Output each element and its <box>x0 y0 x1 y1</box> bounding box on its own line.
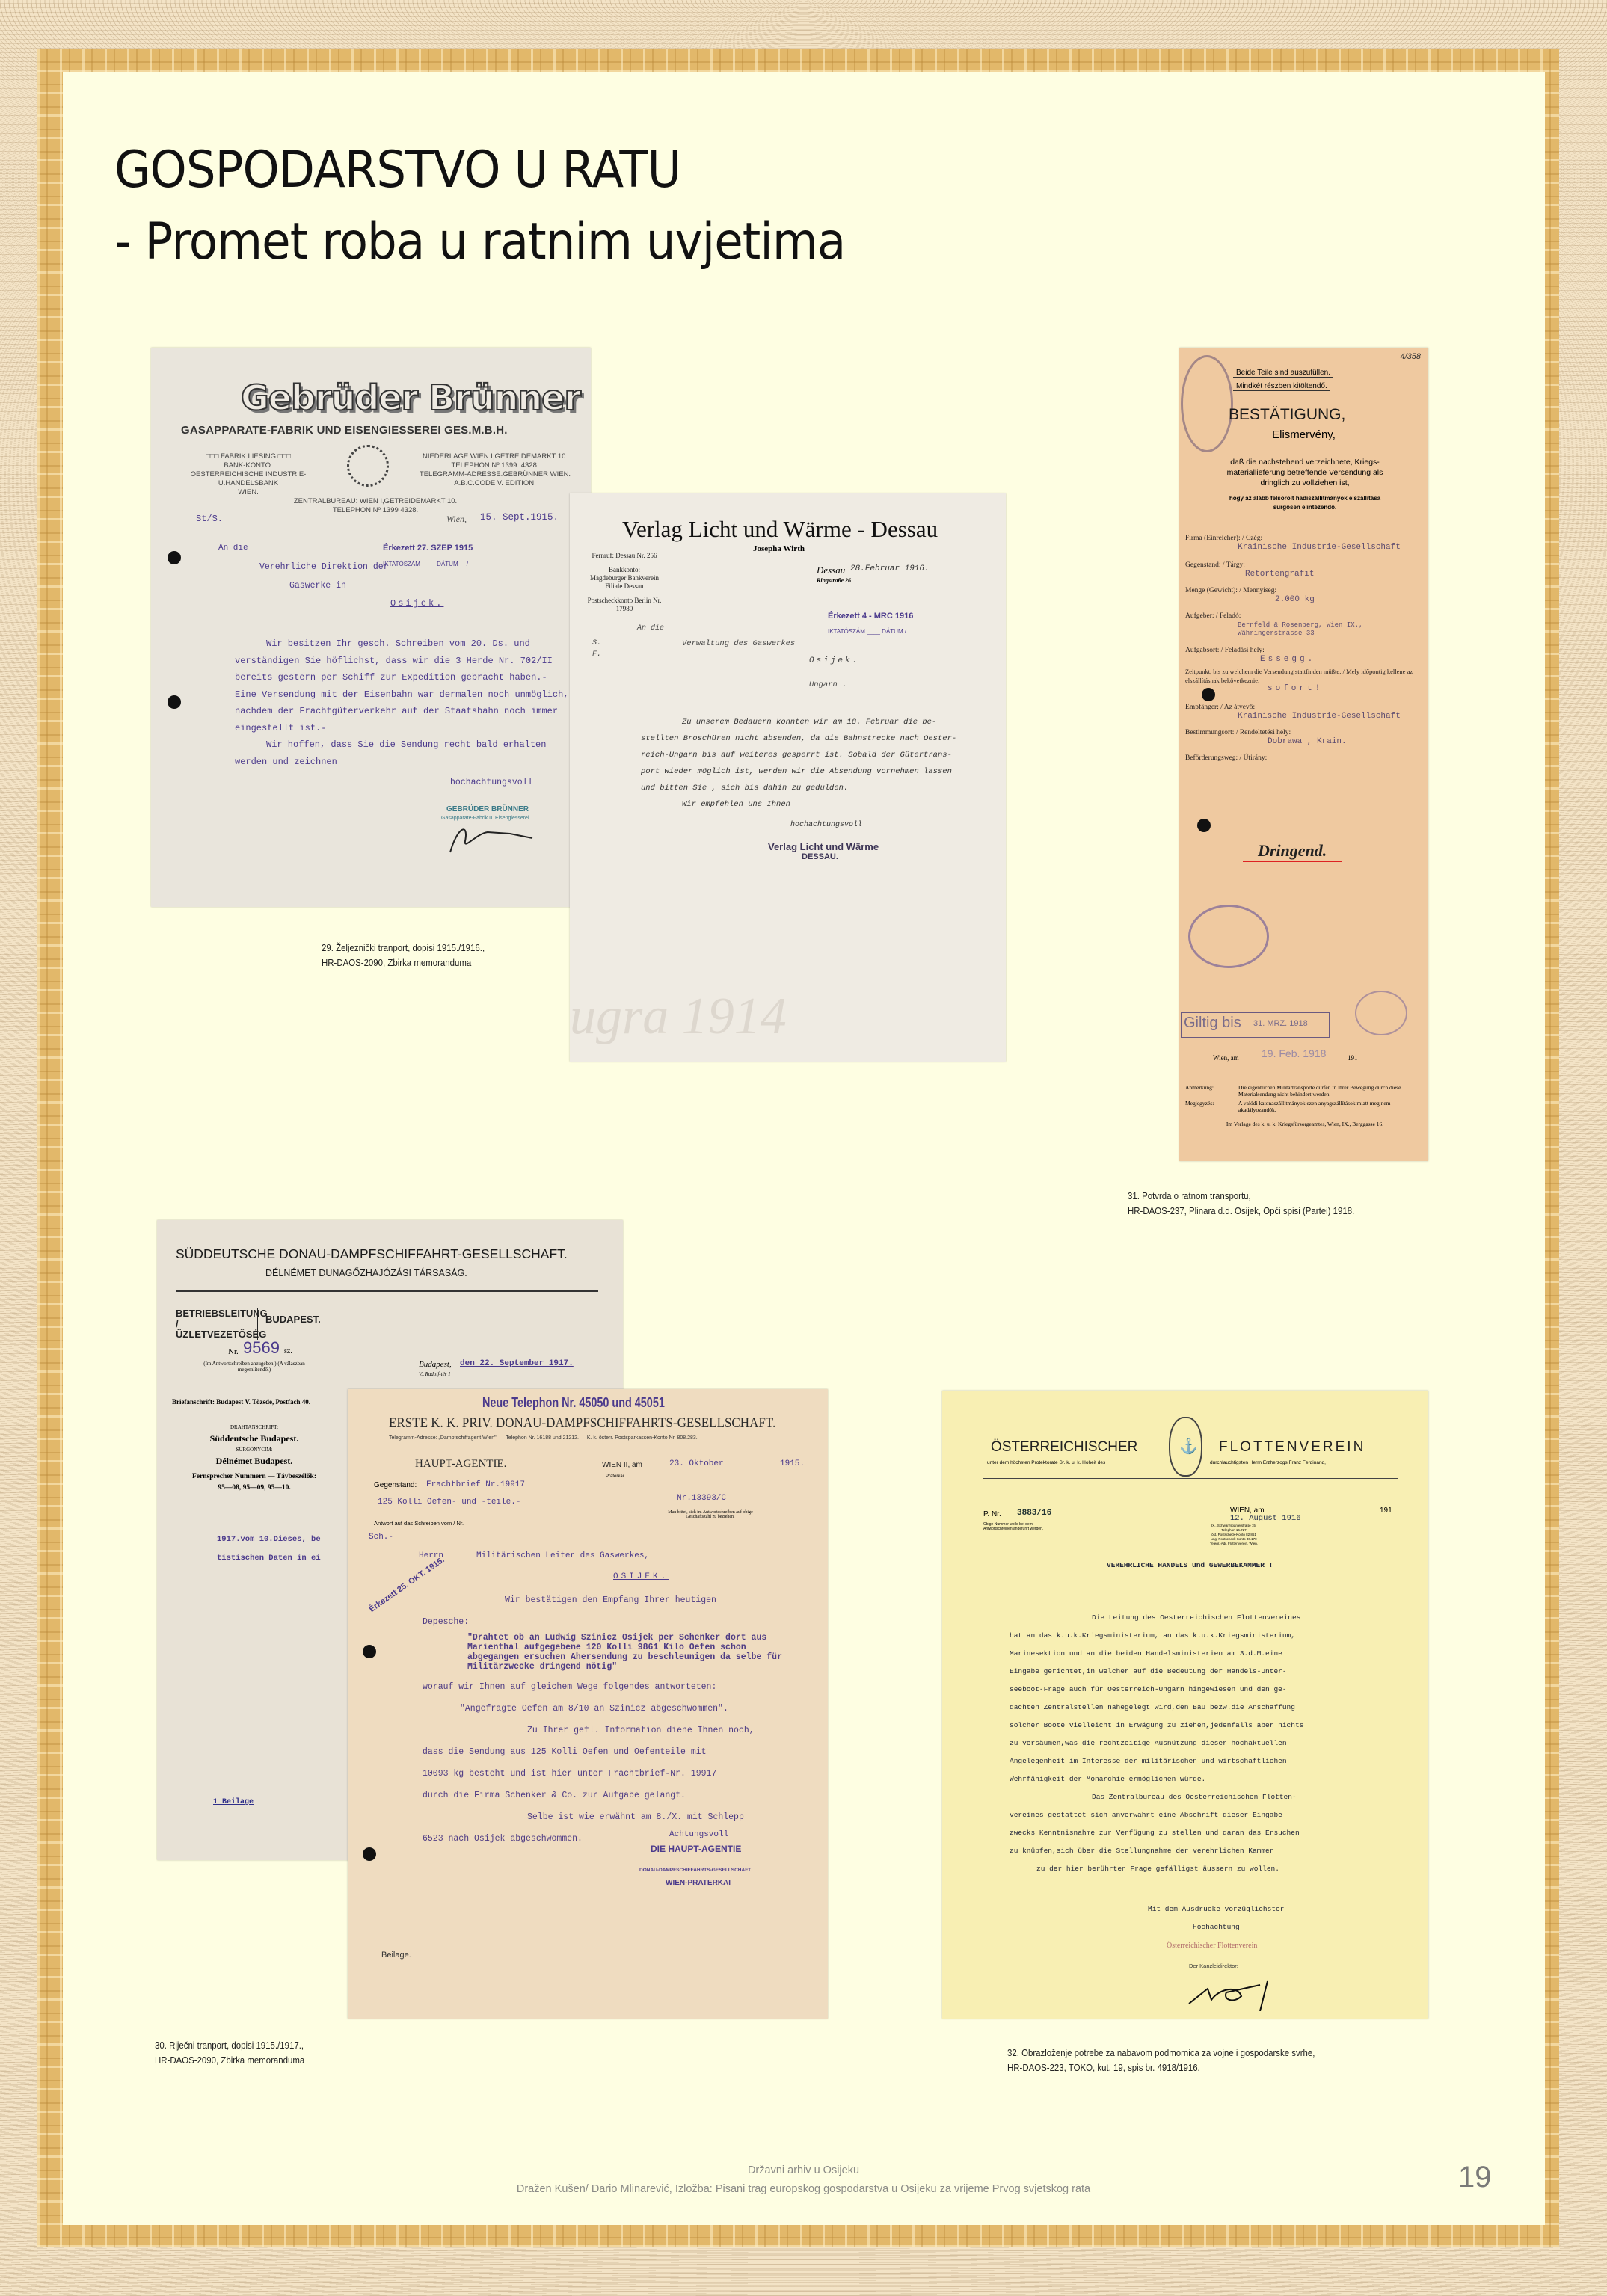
sueddeutsche-body-fragment: 1917.vom 10.Dieses, be tistischen Daten … <box>217 1530 321 1568</box>
ddsg-subject-label: Gegenstand: <box>374 1481 417 1489</box>
place-date-label: Wien, am <box>1213 1054 1239 1062</box>
verlag-brand: Verlag Licht und Wärme - Dessau <box>622 516 938 543</box>
ddsg-closing: Achtungsvoll <box>669 1830 728 1839</box>
ddsg-ref: Sch.- <box>369 1533 393 1542</box>
brunner-recipient: Verehrliche Direktion der <box>259 562 389 572</box>
bestaetigung-heading: BESTÄTIGUNG, <box>1229 406 1345 424</box>
verlag-body: Zu unserem Bedauern konnten wir am 18. F… <box>641 714 956 813</box>
verlag-received-stamp: Érkezett 4 - MRC 1916 <box>828 612 913 621</box>
central-office-seal-icon <box>1355 991 1407 1035</box>
brunner-brand: Gebrüder Brünner <box>241 378 580 418</box>
ddsg-nr-note: Man bittet, sich im Antwortschreiben auf… <box>666 1510 755 1519</box>
ddsg-dept: HAUPT-AGENTIE. <box>415 1458 506 1471</box>
bestaetigung-fields: Firma (Einreicher): / Czég:Krainische In… <box>1185 535 1425 780</box>
verlag-closing: hochachtungsvoll <box>790 821 862 829</box>
punch-hole-icon <box>168 551 181 564</box>
bestaetigung-intro-hu: hogy az alább felsorolt hadiszállítmányo… <box>1185 494 1425 512</box>
bestaetigung-heading2: Elismervény, <box>1179 428 1428 441</box>
verlag-ref-s: S. <box>592 639 601 647</box>
flottenverein-pnr-label: P. Nr. <box>983 1510 1001 1518</box>
ddsg-nr: Nr.13393/C <box>677 1494 726 1503</box>
ddsg-subject2: 125 Kolli Oefen- und -teile.- <box>378 1498 520 1506</box>
verlag-date: 28.Februar 1916. <box>850 564 930 573</box>
brunner-closing: hochachtungsvoll <box>450 778 532 787</box>
divider <box>983 1477 1398 1479</box>
place-date-value: 19. Feb. 1918 <box>1262 1047 1326 1059</box>
sueddeutsche-street: V., Rudolf-tér 1 <box>419 1371 451 1377</box>
sueddeutsche-date: den 22. September 1917. <box>460 1359 574 1368</box>
punch-hole-icon <box>1197 819 1211 832</box>
page-title: GOSPODARSTVO U RATU - Promet roba u ratn… <box>114 135 845 278</box>
document-ddsg-letter: Neue Telephon Nr. 45050 und 45051 ERSTE … <box>348 1389 828 2019</box>
ddsg-body: Wir bestätigen den Empfang Ihrer heutige… <box>423 1589 789 1850</box>
verlag-address: Ringstraße 26 <box>817 577 851 584</box>
brunner-body: Wir besitzen Ihr gesch. Schreiben vom 20… <box>235 635 568 770</box>
document-bestaetigung-form: 4/358 Beide Teile sind auszufüllen. Mind… <box>1179 348 1428 1161</box>
caption-30: 30. Riječni tranport, dopisi 1915./1917.… <box>155 2038 304 2068</box>
flottenverein-signatory: Der Kanzleidirektor: <box>1189 1963 1238 1969</box>
verlag-place: Dessau <box>817 564 845 576</box>
sueddeutsche-enclosure: 1 Beilage <box>213 1798 254 1806</box>
sueddeutsche-nr: 9569 <box>243 1338 280 1358</box>
brunner-recipient2: Gaswerke in <box>289 581 346 591</box>
ddsg-recipient: Militärischen Leiter des Gaswerkes, <box>476 1551 649 1560</box>
sueddeutsche-address: Briefanschrift: Budapest V. Tözsde, Post… <box>172 1398 310 1406</box>
ddsg-place: WIEN II, am <box>602 1461 642 1469</box>
flottenverein-anchor-emblem-icon: ⚓ <box>1169 1417 1202 1477</box>
brunner-signature-icon <box>443 819 540 856</box>
brunner-center-block: ZENTRALBUREAU: WIEN I,GETREIDEMARKT 10. … <box>278 497 473 515</box>
verlag-to: An die <box>637 624 664 633</box>
brunner-ref: St/S. <box>196 514 223 524</box>
document-verlag-letter: Verlag Licht und Wärme - Dessau Josepha … <box>570 493 1006 1062</box>
bestaetigung-urgent: Dringend. <box>1243 841 1342 862</box>
war-ministry-seal-icon <box>1188 905 1269 968</box>
brunner-left-block: □□□ FABRIK LIESING.□□□ BANK-KONTO: OESTE… <box>166 452 331 497</box>
verlag-country: Ungarn . <box>809 680 846 689</box>
caption-32: 32. Obrazloženje potrebe za nabavom podm… <box>1007 2046 1315 2075</box>
ddsg-enclosure: Beilage. <box>381 1951 411 1960</box>
caption-29: 29. Željeznički tranport, dopisi 1915./1… <box>322 941 485 970</box>
bestaetigung-intro: daß die nachstehend verzeichnete, Kriegs… <box>1185 457 1425 488</box>
ddsg-contact: Telegramm-Adresse: „Dampfschiffagent Wie… <box>389 1435 698 1441</box>
sueddeutsche-head: SÜDDEUTSCHE DONAU-DAMPFSCHIFFAHRT-GESELL… <box>176 1246 568 1262</box>
brunner-received-stamp2: IKTATÓSZÁM ____ DÁTUM __/__ <box>383 561 475 567</box>
flottenverein-body: Die Leitung des Oesterreichischen Flotte… <box>1010 1609 1303 1878</box>
verlag-signature-stamp2: DESSAU. <box>802 852 838 861</box>
ddsg-city: OSIJEK. <box>613 1572 669 1581</box>
page-number: 19 <box>1458 2161 1492 2194</box>
flottenverein-date: 12. August 1916 <box>1230 1514 1301 1523</box>
verlag-left-block: Fernruf: Dessau Nr. 256 Bankkonto: Magde… <box>583 552 666 613</box>
flottenverein-pnr-note: Obige Nummer wolle bei dem Antwortschrei… <box>983 1522 1058 1531</box>
flottenverein-head-right: FLOTTENVEREIN <box>1219 1439 1365 1456</box>
ddsg-phone-stamp: Neue Telephon Nr. 45050 und 45051 <box>482 1395 665 1411</box>
flottenverein-year-prefix: 191 <box>1380 1506 1392 1515</box>
sueddeutsche-nr-note: (Im Antwortschreiben anzugeben.) (A vála… <box>202 1361 307 1373</box>
caption-31: 31. Potvrda o ratnom transportu, HR-DAOS… <box>1128 1189 1354 1219</box>
sueddeutsche-dept: BETRIEBSLEITUNG / ÜZLETVEZETŐSÉG <box>176 1308 258 1340</box>
flottenverein-sub-right: durchlauchtigsten Herrn Erzherzogs Franz… <box>1210 1460 1326 1465</box>
ddsg-year: 1915. <box>780 1459 805 1468</box>
flottenverein-salutation: VEREHRLICHE HANDELS und GEWERBEKAMMER ! <box>1107 1561 1273 1569</box>
ddsg-head: ERSTE K. K. PRIV. DONAU-DAMPFSCHIFFAHRTS… <box>389 1416 775 1432</box>
ddsg-signature-stamp: DIE HAUPT-AGENTIE <box>651 1844 741 1854</box>
verlag-city: Osijek. <box>809 656 859 665</box>
verlag-signature-stamp: Verlag Licht und Wärme <box>768 841 879 852</box>
bestaetigung-ref: 4/358 <box>1400 352 1421 361</box>
ddsg-reply-label: Antwort auf das Schreiben vom / Nr. <box>374 1520 464 1527</box>
flottenverein-address: IX., Schwarzspanierstraße 15. Telephon 1… <box>1196 1524 1271 1546</box>
valid-until-stamp: Giltig bis 31. MRZ. 1918 <box>1181 1012 1330 1038</box>
divider <box>176 1290 598 1292</box>
page-title-line2: - Promet roba u ratnim uvjetima <box>114 206 845 278</box>
flottenverein-closing2: Hochachtung <box>1193 1923 1240 1931</box>
brunner-received-stamp: Érkezett 27. SZEP 1915 <box>383 544 473 553</box>
verlag-recipient: Verwaltung des Gaswerkes <box>682 639 795 648</box>
sueddeutsche-place: Budapest, <box>419 1360 452 1369</box>
punch-hole-icon <box>1202 688 1215 701</box>
punch-hole-icon <box>168 695 181 709</box>
punch-hole-icon <box>363 1645 376 1658</box>
punch-hole-icon <box>363 1847 376 1861</box>
ddsg-signature-stamp3: WIEN-PRATERKAI <box>666 1879 731 1887</box>
flottenverein-closing: Mit dem Ausdrucke vorzüglichster <box>1148 1905 1284 1913</box>
sueddeutsche-nr-label: Nr. <box>228 1347 239 1356</box>
valid-until-date: 31. MRZ. 1918 <box>1253 1019 1308 1028</box>
ddsg-date: 23. Oktober <box>669 1459 724 1468</box>
brunner-to: An die <box>218 544 248 553</box>
verlag-owner: Josepha Wirth <box>753 544 805 553</box>
bestaetigung-note1: Beide Teile sind auszufüllen. <box>1233 369 1333 378</box>
brunner-signature-stamp: GEBRÜDER BRÜNNER <box>446 805 529 813</box>
bestaetigung-notes: Anmerkung:Die eigentlichen Militärtransp… <box>1185 1084 1425 1127</box>
sueddeutsche-city: BUDAPEST. <box>265 1314 321 1325</box>
brunner-place: Wien, <box>446 514 467 525</box>
brunner-right-block: NIEDERLAGE WIEN I,GETREIDEMARKT 10. TELE… <box>405 452 585 488</box>
footer-institution: Državni arhiv u Osijeku <box>0 2164 1607 2176</box>
ddsg-street: Praterkai. <box>606 1474 625 1479</box>
brunner-city: Osijek. <box>390 598 443 609</box>
year-prefix: 191 <box>1348 1054 1358 1062</box>
flottenverein-pnr: 3883/16 <box>1017 1509 1051 1518</box>
verlag-watermark: ugra 1914 <box>570 987 787 1047</box>
brunner-subtitle: GASAPPARATE-FABRIK UND EISENGIESSEREI GE… <box>181 424 508 437</box>
document-brunner-letter: Gebrüder Brünner GASAPPARATE-FABRIK UND … <box>151 348 591 907</box>
sueddeutsche-nr-suffix: sz. <box>284 1347 292 1355</box>
flottenverein-sub-left: unter dem höchsten Protektorate Sr. k. u… <box>987 1460 1105 1465</box>
page-title-line1: GOSPODARSTVO U RATU <box>114 135 845 206</box>
valid-until-label: Giltig bis <box>1184 1015 1241 1032</box>
flottenverein-signature-icon <box>1185 1970 1282 2011</box>
ddsg-subject: Frachtbrief Nr.19917 <box>426 1480 525 1489</box>
footer-credit: Dražen Kušen/ Dario Mlinarević, Izložba:… <box>0 2183 1607 2195</box>
sueddeutsche-contacts: DRAHTANSCHRIFT: Süddeutsche Budapest. SÜ… <box>172 1422 337 1494</box>
ddsg-signature-stamp2: DONAU-DAMPFSCHIFFAHRTS-GESELLSCHAFT <box>639 1868 751 1873</box>
flottenverein-head-left: ÖSTERREICHISCHER <box>991 1439 1137 1456</box>
flottenverein-signature-stamp: Österreichischer Flottenverein <box>1167 1942 1257 1950</box>
verlag-ref-f: F. <box>592 650 601 659</box>
bestaetigung-note2: Mindkét részben kitöltendő. <box>1233 382 1330 391</box>
document-flottenverein-letter: ÖSTERREICHISCHER ⚓ FLOTTENVEREIN unter d… <box>942 1391 1428 2019</box>
brunner-date: 15. Sept.1915. <box>480 512 559 523</box>
brunner-seal-icon <box>347 445 389 487</box>
sueddeutsche-head-hu: DÉLNÉMET DUNAGŐZHAJÓZÁSI TÁRSASÁG. <box>265 1268 467 1278</box>
verlag-received-stamp2: IKTATÓSZÁM ____ DÁTUM / <box>828 628 906 635</box>
